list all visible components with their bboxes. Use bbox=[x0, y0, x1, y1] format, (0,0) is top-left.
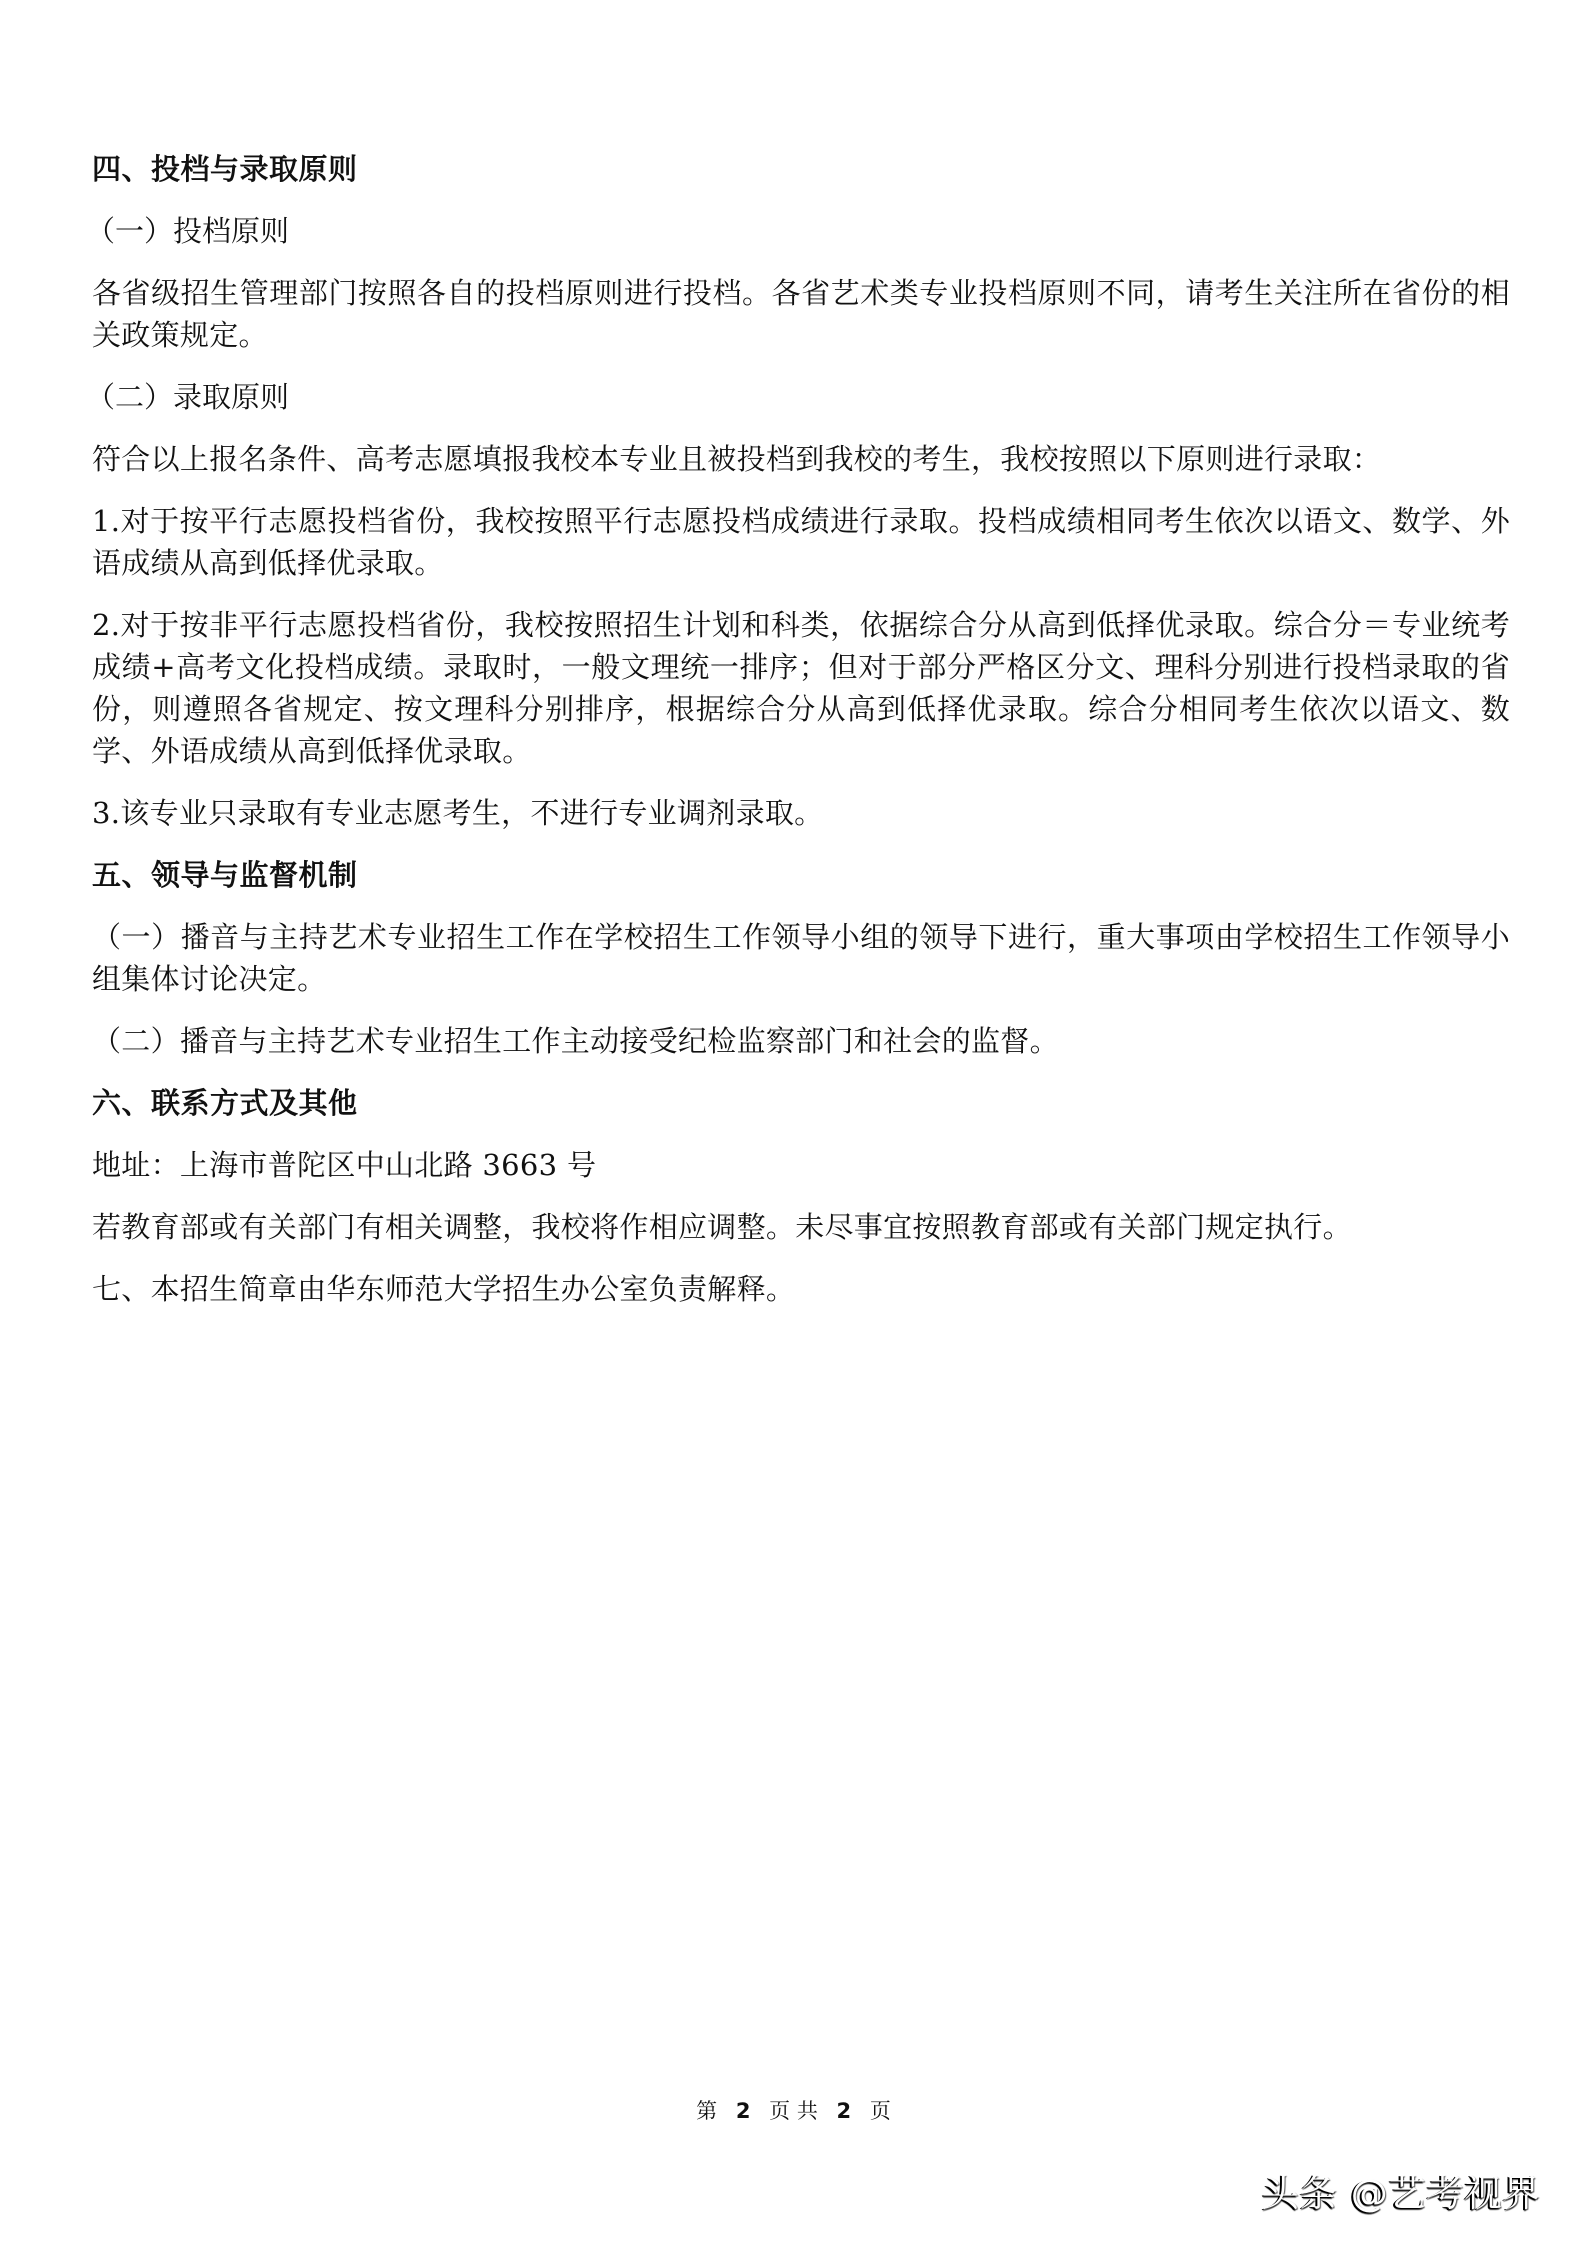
section-heading-admission-principles: 四、投档与录取原则 bbox=[92, 148, 1510, 190]
current-page-number: 2 bbox=[726, 2099, 761, 2123]
paragraph-admission-intro: 符合以上报名条件、高考志愿填报我校本专业且被投档到我校的考生，我校按照以下原则进… bbox=[92, 438, 1510, 480]
total-pages-number: 2 bbox=[827, 2099, 862, 2123]
paragraph-adjustments: 若教育部或有关部门有相关调整，我校将作相应调整。未尽事宜按照教育部或有关部门规定… bbox=[92, 1206, 1510, 1248]
document-page: 四、投档与录取原则 （一）投档原则 各省级招生管理部门按照各自的投档原则进行投档… bbox=[0, 0, 1587, 2245]
section-heading-supervision: 五、领导与监督机制 bbox=[92, 854, 1510, 896]
paragraph-supervision-1: （一）播音与主持艺术专业招生工作在学校招生工作领导小组的领导下进行，重大事项由学… bbox=[92, 916, 1510, 1000]
paragraph-rule-2: 2.对于按非平行志愿投档省份，我校按照招生计划和科类，依据综合分从高到低择优录取… bbox=[92, 604, 1510, 772]
paragraph-supervision-2: （二）播音与主持艺术专业招生工作主动接受纪检监察部门和社会的监督。 bbox=[92, 1020, 1510, 1062]
footer-suffix: 页 bbox=[868, 2099, 893, 2123]
paragraph-filing-rules: 各省级招生管理部门按照各自的投档原则进行投档。各省艺术类专业投档原则不同，请考生… bbox=[92, 272, 1510, 356]
watermark: 头条 @艺考视界 bbox=[1262, 2163, 1541, 2217]
footer-mid: 页 共 bbox=[767, 2099, 820, 2123]
page-footer: 第 2 页 共 2 页 bbox=[0, 2095, 1587, 2125]
subheading-filing-principles: （一）投档原则 bbox=[86, 210, 1510, 252]
section-heading-contact: 六、联系方式及其他 bbox=[92, 1082, 1510, 1124]
paragraph-interpretation: 七、本招生简章由华东师范大学招生办公室负责解释。 bbox=[92, 1268, 1510, 1310]
document-body: 四、投档与录取原则 （一）投档原则 各省级招生管理部门按照各自的投档原则进行投档… bbox=[92, 148, 1510, 1330]
footer-prefix: 第 bbox=[694, 2099, 719, 2123]
subheading-admission-principles: （二）录取原则 bbox=[86, 376, 1510, 418]
paragraph-address: 地址：上海市普陀区中山北路 3663 号 bbox=[92, 1144, 1510, 1186]
paragraph-rule-3: 3.该专业只录取有专业志愿考生，不进行专业调剂录取。 bbox=[92, 792, 1510, 834]
paragraph-rule-1: 1.对于按平行志愿投档省份，我校按照平行志愿投档成绩进行录取。投档成绩相同考生依… bbox=[92, 500, 1510, 584]
